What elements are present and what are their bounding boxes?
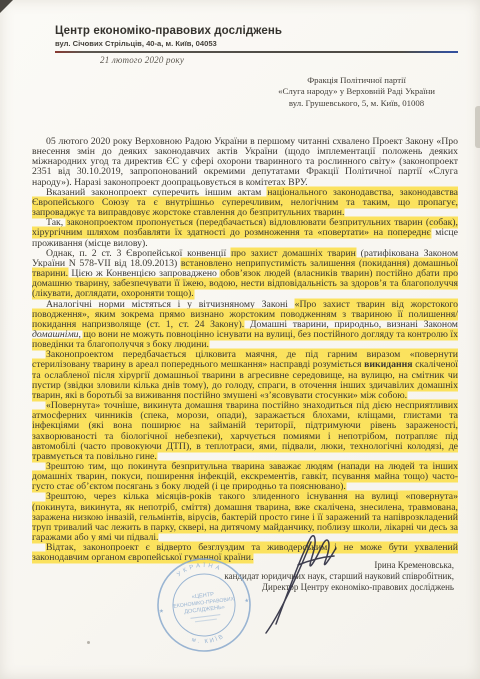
text-segment: 05 лютого 2020 року Верховною Радою Укра… — [32, 136, 458, 188]
recipient-line: Фракція Політичної партії — [278, 75, 435, 86]
paragraph: Вказаний законопроект суперечить іншим а… — [32, 188, 458, 218]
paragraph: Однак, п. 2 ст. 3 Європейської конвенції… — [32, 249, 458, 300]
recipient-line: вул. Грушевського, 5, м. Київ, 01008 — [278, 98, 435, 109]
scanned-letter-page: Центр економіко-правових досліджень вул.… — [0, 0, 480, 679]
signatory-name: Ірина Кременовська, — [224, 560, 454, 571]
stamp-fineprint-line — [190, 614, 220, 619]
recipient-block: Фракція Політичної партії «Слуга народу»… — [278, 75, 435, 109]
stamp-center-line-2: ЕКОНОМІКО-ПРАВОВИХ — [173, 596, 235, 609]
scan-artifact-edge — [475, 106, 480, 148]
letterhead-rule — [55, 51, 458, 53]
letter-body: 05 лютого 2020 року Верховною Радою Укра… — [32, 137, 458, 564]
highlighted-text-segment: Зрештою тим, що покинута безпритульна тв… — [32, 461, 458, 492]
paragraph: Аналогічні норми містяться і у вітчизнян… — [32, 300, 458, 351]
stamp-fineprint-line — [195, 619, 217, 623]
paragraph: «Повернута» точніше, викинута домашня тв… — [32, 401, 458, 462]
highlighted-text-segment: законопроектом пропонується (передбачаєт… — [32, 217, 458, 238]
stamp-star-right-icon: ★ — [244, 597, 250, 605]
scan-artifact-corner — [0, 0, 13, 13]
stamp-center-line-1: «ЦЕНТР — [192, 592, 215, 601]
highlighted-text-segment: що вони не можуть повноцінно існувати на… — [32, 329, 458, 350]
org-address: вул. Січових Стрільців, 40-а, м. Київ, 0… — [55, 39, 458, 48]
svg-text:м. КИЇВ: м. КИЇВ — [190, 633, 226, 647]
date-line: 21 лютого 2020 року — [100, 55, 184, 65]
signatory-block: Ірина Кременовська, кандидат юридичних н… — [224, 560, 454, 592]
org-name: Центр економіко-правових досліджень — [55, 25, 458, 38]
highlighted-text-segment: викидання — [364, 359, 412, 370]
scan-artifact-speck — [87, 641, 90, 644]
stamp-ring-bottom-text: м. КИЇВ — [190, 633, 226, 647]
paragraph: Так, законопроектом пропонується (передб… — [32, 218, 458, 248]
paragraph: Законопроектом передбачається цілковита … — [32, 350, 458, 401]
highlighted-text-segment: «Повернута» точніше, викинута домашня тв… — [32, 400, 458, 462]
recipient-line: «Слуга народу» у Верховній Раді України — [278, 86, 435, 97]
paragraph: Зрештою тим, що покинута безпритульна тв… — [32, 462, 458, 492]
paragraph: Зрештою, через кілька місяців-років тако… — [32, 492, 458, 543]
stamp-star-left-icon: ★ — [159, 607, 165, 615]
paragraph: 05 лютого 2020 року Верховною Радою Укра… — [32, 137, 458, 188]
highlighted-text-segment: Зрештою, через кілька місяців-років тако… — [32, 491, 458, 543]
stamp-center-line-3: ДОСЛІДЖЕНЬ» — [184, 605, 225, 616]
signatory-title-2: Директор Центру економіко-правових дослі… — [224, 582, 454, 593]
letterhead: Центр економіко-правових досліджень вул.… — [55, 25, 458, 53]
signatory-title-1: кандидат юридичних наук, старший наукови… — [224, 571, 454, 582]
text-segment: Аналогічні норми містяться і у вітчизнян… — [46, 299, 295, 310]
